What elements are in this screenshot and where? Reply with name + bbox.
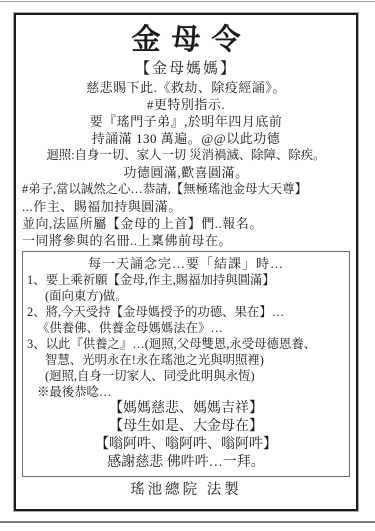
decree-line: #更特別指示. xyxy=(20,96,352,113)
ritual-step-continuation: (面向東方)做。 xyxy=(27,288,345,304)
ritual-step-continuation: (迴照,自身一切家人、同受此明與永恆) xyxy=(27,368,345,384)
page-title: 金母令 xyxy=(20,21,352,59)
page-subtitle: 【金母媽媽】 xyxy=(20,59,352,79)
ritual-step-continuation: 智慧、光明永在!永在瑤池之光與明照裡) xyxy=(27,352,345,368)
decree-line: 要『瑤門子弟』,於明年四月底前 xyxy=(20,113,352,130)
decree-line: #弟子,當以誠然之心…恭請,【無極瑤池金母大天尊】 xyxy=(20,181,352,198)
decree-line: 並向,法區所屬【金母的上首】們..報名。 xyxy=(20,215,352,232)
ritual-heading: 每一天誦念完…要「結課」時… xyxy=(27,255,345,272)
decree-line: 持誦滿 130 萬遍。@@以此功德 xyxy=(20,130,352,147)
ritual-step: 3、以此『供養之』…(迴照,父母雙恩,永受母德恩養、 xyxy=(27,336,345,352)
decree-border-frame: 金母令 【金母媽媽】 慈悲賜下此.《救劫、除疫經誦》。 #更特別指示. 要『瑤門… xyxy=(14,13,358,511)
ritual-note: ※最後恭唸… xyxy=(27,384,345,400)
chant-line: 【母生如是、大金母在】 xyxy=(27,418,345,436)
scan-edge-top xyxy=(0,1,375,2)
decree-line: 慈悲賜下此.《救劫、除疫經誦》。 xyxy=(20,79,352,96)
decree-body: 慈悲賜下此.《救劫、除疫經誦》。 #更特別指示. 要『瑤門子弟』,於明年四月底前… xyxy=(20,79,352,249)
decree-line: 一同將參與的名冊..上稟佛前母在。 xyxy=(20,232,352,249)
decree-line: ...作主、賜福加持與圓滿。 xyxy=(20,198,352,215)
ritual-step-continuation: 《供養佛、供養金母媽媽法在》… xyxy=(27,320,345,336)
chant-line: 【媽媽慈悲、媽媽吉祥】 xyxy=(27,400,345,418)
closing-bow-line: 感謝慈悲 佛吽吽…一拜。 xyxy=(27,454,345,472)
ritual-instructions-box: 每一天誦念完…要「結課」時… 1、要上乘祈願【金母,作主,賜福加持與圓滿】 (面… xyxy=(22,251,350,477)
issuer-signature: 瑤池總院 法製 xyxy=(20,480,352,500)
chant-line: 【嗡阿吽、嗡阿吽、嗡阿吽】 xyxy=(27,436,345,454)
decree-line: 迴照:自身一切、家人一切 災消禍滅、除障、除疾。 xyxy=(20,147,352,164)
ritual-step: 2、將,今天受持【金母媽授予的功德、果在】… xyxy=(27,304,345,320)
decree-line: 功德圓滿,歡喜圓滿。 xyxy=(20,164,352,181)
scan-edge-bottom xyxy=(0,521,375,523)
ritual-step: 1、要上乘祈願【金母,作主,賜福加持與圓滿】 xyxy=(27,272,345,288)
